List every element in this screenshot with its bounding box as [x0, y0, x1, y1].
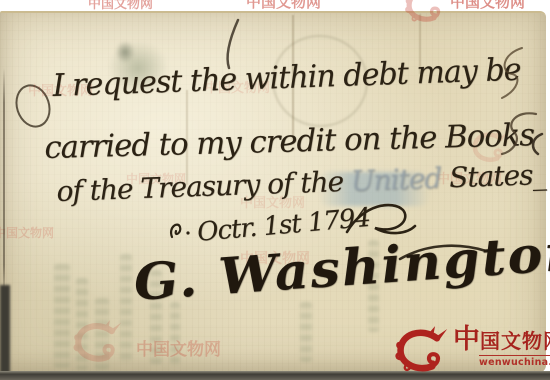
bleedthrough-mark [76, 278, 88, 370]
ink-flourish [166, 213, 198, 241]
logo-divider [479, 355, 550, 356]
ink-oval-doodle [10, 80, 56, 132]
document-paper: 中国文物网 中国文物网 中国文物网 中国文物网 中国文物网 中国文物网 中国文物… [0, 11, 546, 373]
dragon-watermark-icon [404, 0, 448, 23]
manuscript-line-3-end: States_ [449, 158, 546, 194]
bleedthrough-mark [170, 302, 180, 367]
watermark-fragment: 中国文物网 [246, 0, 321, 12]
bleedthrough-spot [112, 37, 138, 67]
bleedthrough-mark [120, 254, 132, 364]
manuscript-faded-word: United [350, 162, 441, 198]
manuscript-line-3-start: of the Treasury of the [56, 165, 344, 208]
watermark-fragment: 中国文物网 [0, 224, 54, 241]
logo-cn-text: 国文物网 [480, 331, 550, 351]
paper-edge-shadow [0, 285, 10, 373]
manuscript-line-3: of the Treasury of the United States_ [56, 158, 546, 208]
logo-cn-first-char: 中 [453, 326, 480, 353]
photo-frame: 中国文物网 中国文物网 中国文物网 中国文物网 中国文物网 中国文物网 中国文物… [0, 0, 550, 380]
bleedthrough-mark [95, 298, 109, 370]
wenwuchina-logo: 中国文物网 wenwuchina.com [394, 326, 550, 373]
bleedthrough-mark [54, 264, 70, 368]
manuscript-line-2: carried to my credit on the Books [44, 117, 535, 166]
paper-edge-line [3, 68, 5, 300]
dragon-logo-icon [394, 326, 450, 373]
watermark-fragment: 中国文物网 [450, 0, 525, 12]
bleedthrough-mark [300, 302, 312, 362]
logo-domain-text: wenwuchina.com [479, 357, 550, 368]
watermark-fragment: 中国文物网 [88, 0, 153, 12]
